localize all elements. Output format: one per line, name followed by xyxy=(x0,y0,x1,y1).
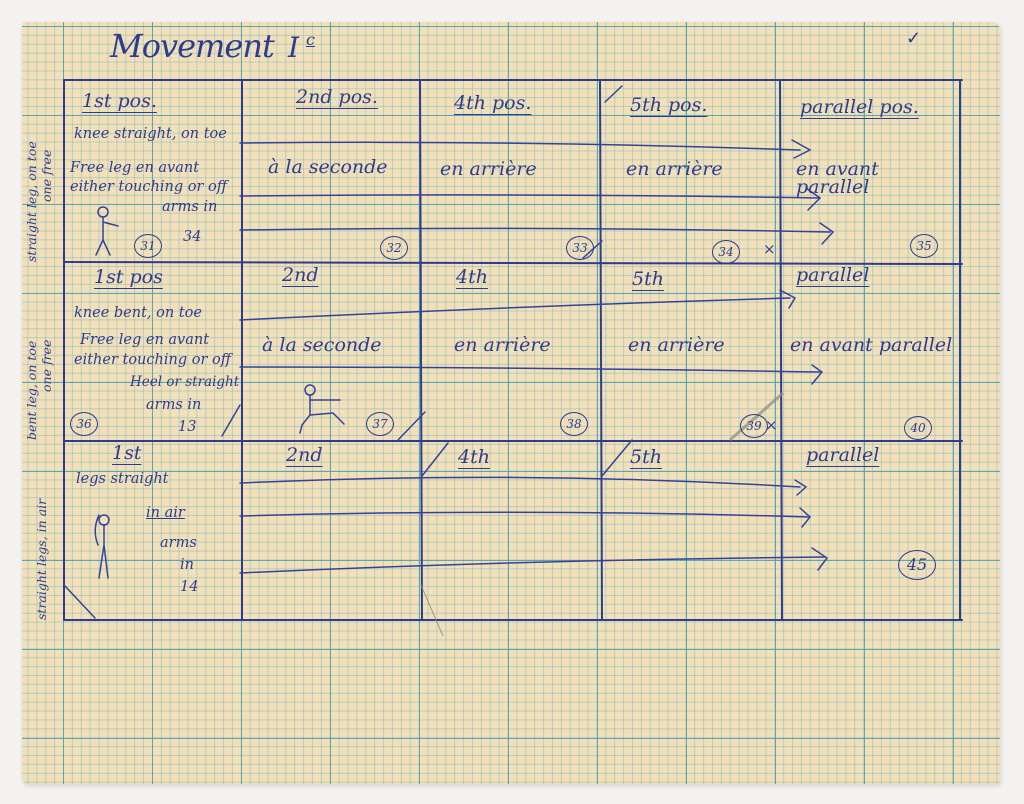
cell-note: either touching or off xyxy=(70,180,227,195)
circled-number: 35 xyxy=(910,234,938,258)
cell-header: 4th pos. xyxy=(454,94,531,113)
cell-header: 2nd xyxy=(282,266,319,285)
cell-note: arms in xyxy=(146,398,201,413)
cell-text: en avant parallel xyxy=(796,160,946,196)
cell-note: legs straight xyxy=(76,472,168,487)
cell-note: knee bent, on toe xyxy=(74,306,202,321)
side-label-text: one free xyxy=(39,150,54,262)
document-title: Movement xyxy=(110,30,274,62)
cell-number: 14 xyxy=(180,580,198,595)
side-label-text: straight legs, in air xyxy=(34,499,49,620)
cell-header: 1st xyxy=(112,444,141,463)
side-label-row-2: bent leg, on toe one free xyxy=(24,340,54,440)
cell-note: either touching or off xyxy=(74,353,231,368)
x-mark-icon: × xyxy=(765,418,778,433)
x-mark-icon: × xyxy=(763,242,776,257)
cell-text: en arrière xyxy=(628,336,725,355)
cell-note: arms in xyxy=(162,200,217,215)
circled-number: 32 xyxy=(380,236,408,260)
side-label-row-1: straight leg, on toe one free xyxy=(24,141,54,262)
circled-number: 33 xyxy=(566,236,594,260)
cell-text: à la seconde xyxy=(262,336,382,355)
side-label-row-3: straight legs, in air xyxy=(34,499,49,620)
cell-header: 5th xyxy=(630,448,662,467)
check-mark-icon: ✓ xyxy=(906,30,921,48)
cell-note: knee straight, on toe xyxy=(74,127,227,142)
cell-header: 2nd pos. xyxy=(296,88,378,107)
cell-text: en avant parallel xyxy=(790,336,952,355)
circled-number: 38 xyxy=(560,412,588,436)
cell-header: 5th xyxy=(632,270,664,289)
cell-text: en arrière xyxy=(440,160,537,179)
cell-header: 5th pos. xyxy=(630,96,707,115)
cell-note: arms xyxy=(160,536,197,551)
cell-header: 4th xyxy=(458,448,490,467)
cell-header: parallel pos. xyxy=(800,98,919,117)
cell-text: en arrière xyxy=(626,160,723,179)
circled-number: 40 xyxy=(904,416,932,440)
cell-note: Free leg en avant xyxy=(80,333,209,348)
circled-number: 31 xyxy=(134,234,162,258)
side-label-text: one free xyxy=(39,340,54,440)
cell-header: 4th xyxy=(456,268,488,287)
cell-number: 13 xyxy=(178,420,196,435)
cell-header: 1st pos xyxy=(94,268,163,287)
circled-number: 37 xyxy=(366,412,394,436)
cell-text: en arrière xyxy=(454,336,551,355)
cell-number: 34 xyxy=(183,230,201,245)
cell-note: in air xyxy=(146,506,185,521)
side-label-text: straight leg, on toe xyxy=(24,141,39,262)
circled-number: 39 xyxy=(740,414,768,438)
cell-header: 1st pos. xyxy=(82,92,157,111)
cell-note: Heel or straight xyxy=(130,376,239,390)
circled-number: 36 xyxy=(70,412,98,436)
cell-header: 2nd xyxy=(286,446,323,465)
cell-header: parallel xyxy=(796,266,869,285)
side-label-text: bent leg, on toe xyxy=(24,341,39,440)
circled-number: 34 xyxy=(712,240,740,264)
document-title-superscript: c xyxy=(306,32,315,48)
circled-number: 45 xyxy=(898,550,936,580)
document-title-numeral: I xyxy=(288,34,299,62)
cell-header: parallel xyxy=(806,446,879,465)
cell-note: in xyxy=(180,558,194,573)
cell-note: Free leg en avant xyxy=(70,161,199,176)
cell-text: à la seconde xyxy=(268,158,388,177)
